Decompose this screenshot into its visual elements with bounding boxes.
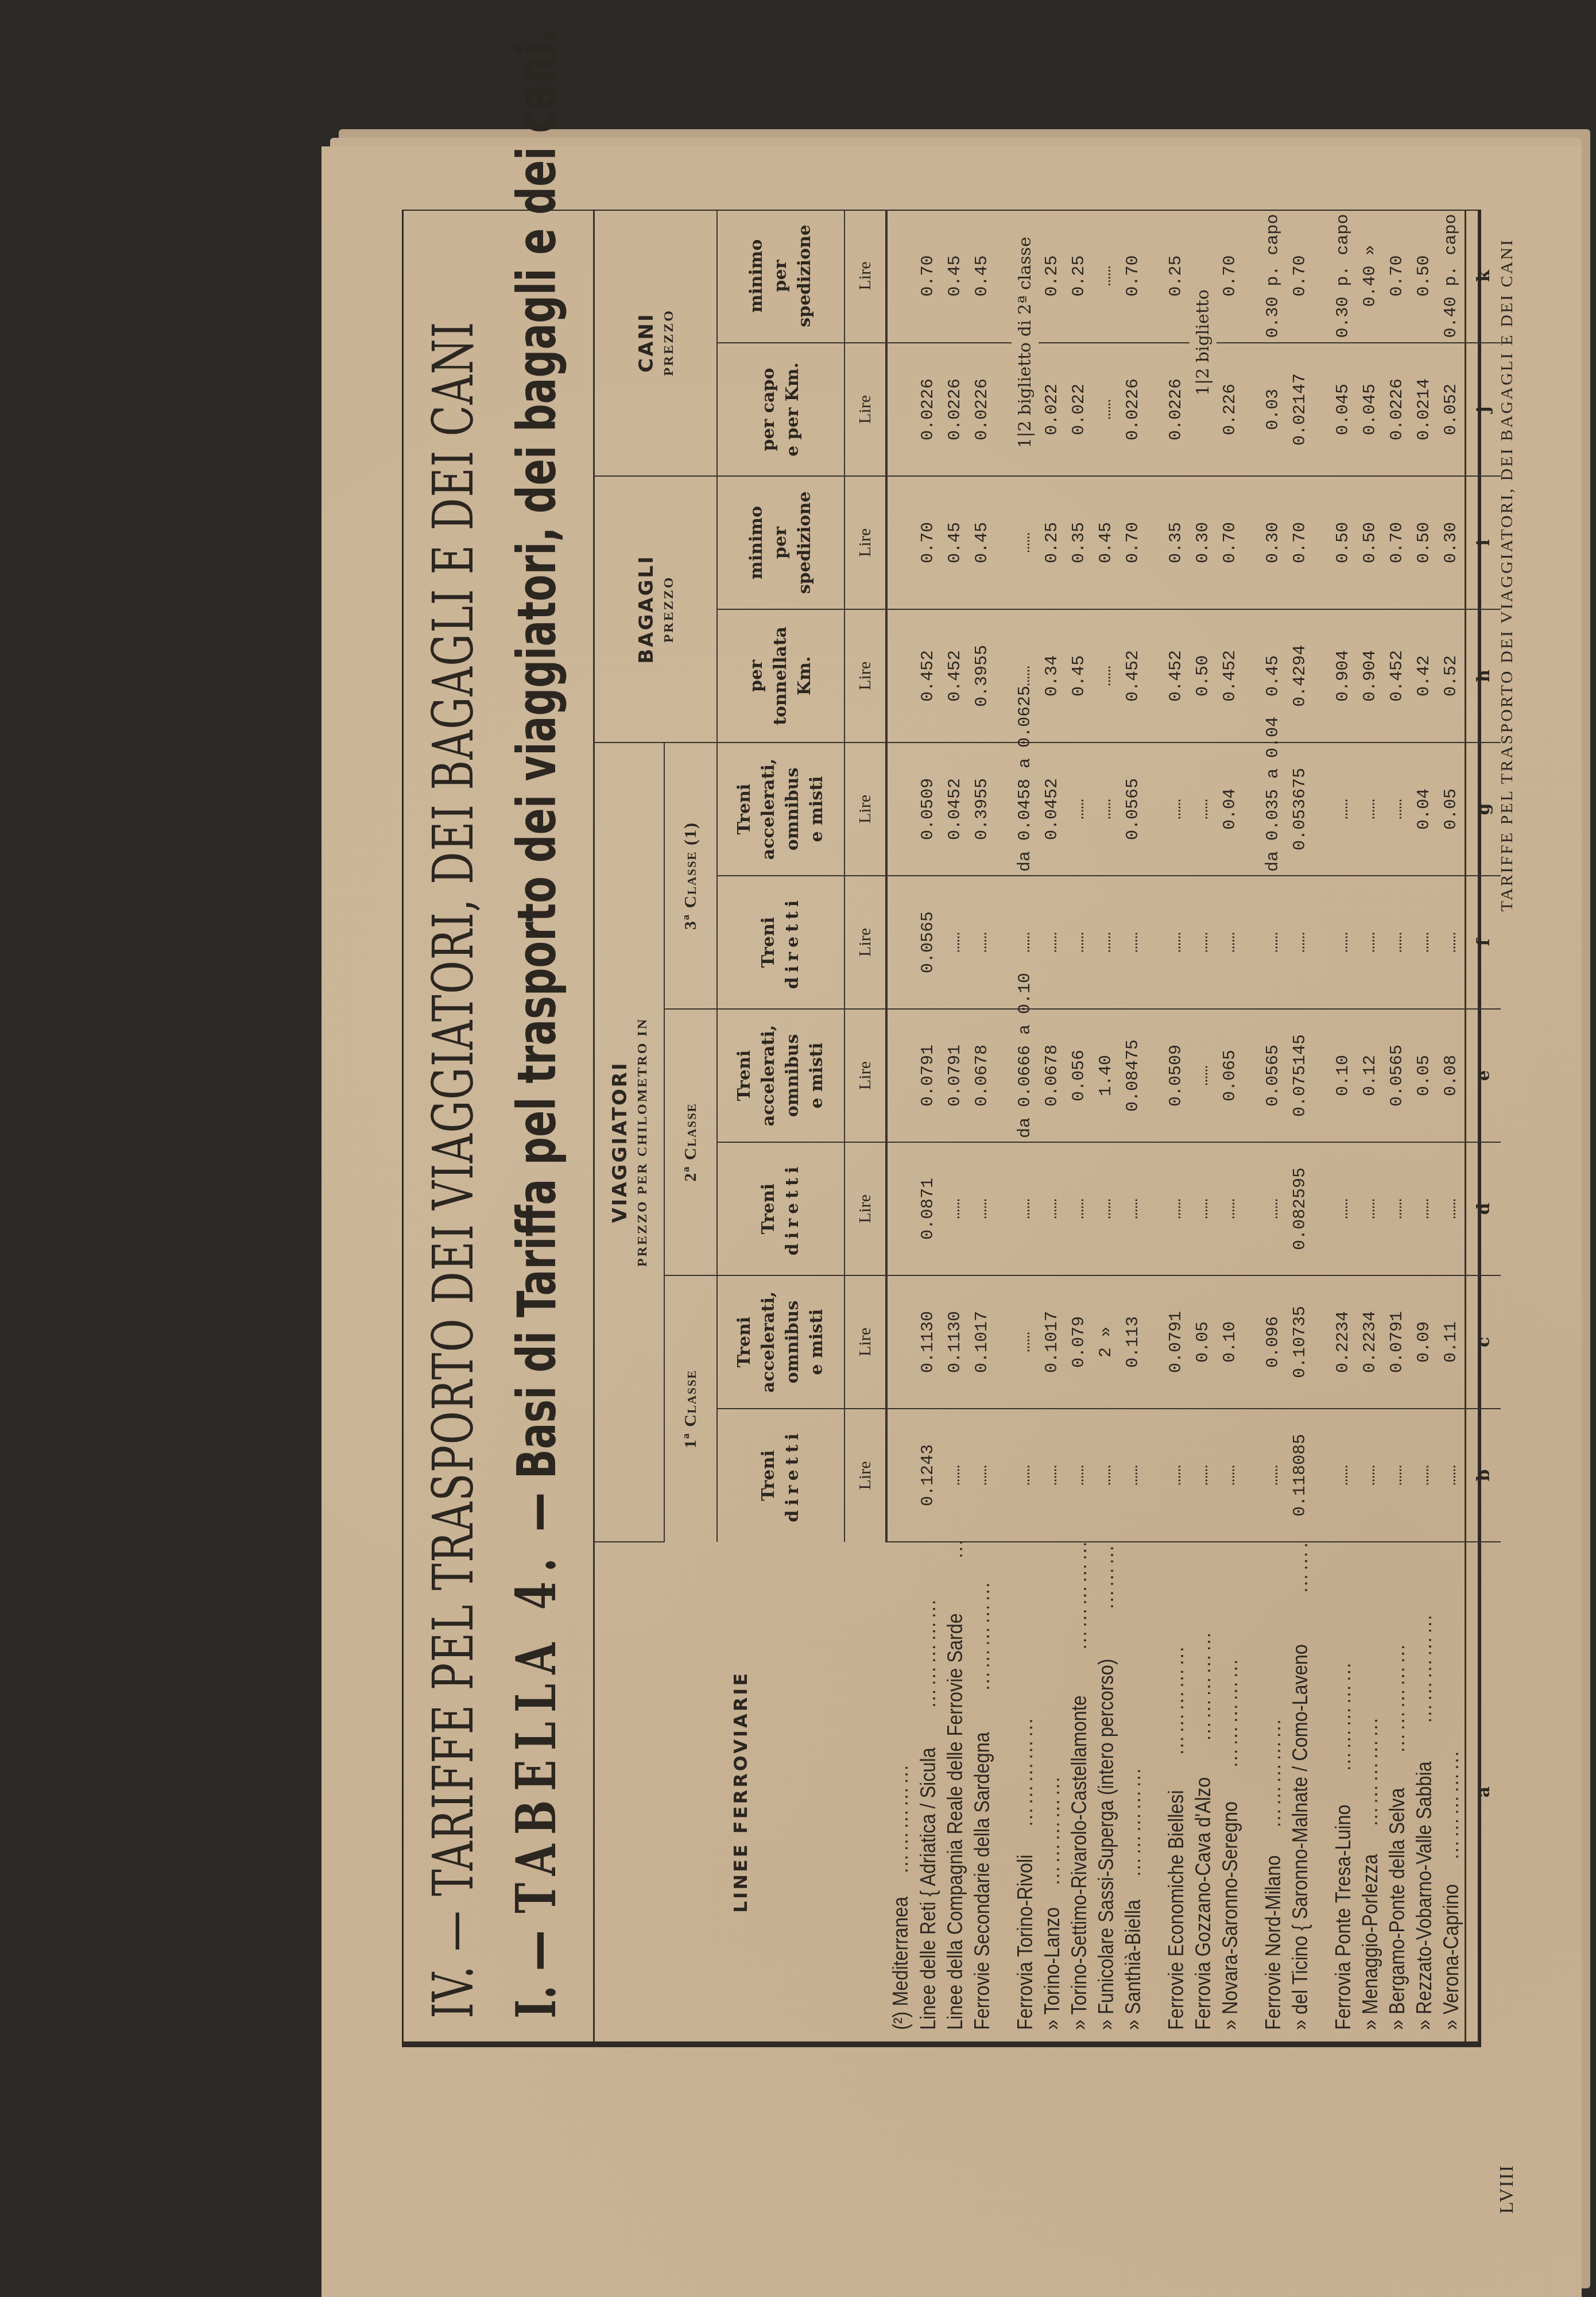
cell-1-accelerati: 0.1130 bbox=[942, 1275, 969, 1409]
cell-1-accelerati: 0.11 bbox=[1438, 1275, 1466, 1409]
unit-label: Lire bbox=[845, 1409, 886, 1542]
col-3-accelerati: Treniaccelerati,omnibuse misti bbox=[717, 743, 845, 876]
unit-label: Lire bbox=[845, 1142, 886, 1275]
cell-bagagli-tonnellata: 0.50 bbox=[1190, 609, 1217, 743]
table-row: (²) Mediterranea …………… bbox=[886, 210, 915, 2041]
cell-1-diretti: …… bbox=[942, 1409, 969, 1542]
cell-3-diretti: …… bbox=[1357, 876, 1384, 1009]
cell-3-accelerati: …… bbox=[1330, 743, 1357, 876]
cell-2-diretti: …… bbox=[1357, 1142, 1384, 1275]
cell-cani-capo: 1|2 biglietto di 2ª classe bbox=[1012, 210, 1039, 476]
cell-1-diretti: …… bbox=[1012, 1409, 1039, 1542]
cell-2-diretti: …… bbox=[1012, 1142, 1039, 1275]
cell-2-diretti: …… bbox=[969, 1142, 995, 1275]
cell-1-accelerati: 0.10735 bbox=[1287, 1275, 1314, 1409]
table-row: Linee delle Reti { Adriatica / Sicula ……… bbox=[915, 210, 942, 2041]
col-cani-minimo: minimoperspedizione bbox=[717, 210, 845, 343]
cell-3-diretti: …… bbox=[1287, 876, 1314, 1009]
cell-3-diretti: …… bbox=[942, 876, 969, 1009]
cell-3-accelerati: 0.0509 bbox=[915, 743, 942, 876]
cell-1-accelerati: 0.096 bbox=[1260, 1275, 1287, 1409]
cell-2-accelerati: 0.10 bbox=[1330, 1009, 1357, 1142]
table-row: » Torino-Settimo-Rivarolo-Castellamonte … bbox=[1066, 210, 1093, 2041]
table-row: » Funicolare Sassi-Superga (intero perco… bbox=[1093, 210, 1119, 2041]
cell-bagagli-tonnellata: 0.52 bbox=[1438, 609, 1466, 743]
cell-1-accelerati: 0.10 bbox=[1217, 1275, 1244, 1409]
bagagli-header: BAGAGLI PREZZO bbox=[594, 476, 718, 743]
book-page: LVIII TARIFFE PEL TRASPORTO DEI VIAGGIAT… bbox=[321, 146, 1582, 2297]
line-name: » Santhià-Biella …………… bbox=[1119, 1542, 1146, 2041]
line-name: » Torino-Lanzo …………… bbox=[1039, 1542, 1066, 2041]
table-row: Ferrovie Nord-Milano …………… …… 0.096 …… 0… bbox=[1260, 210, 1287, 2041]
cell-3-diretti: …… bbox=[969, 876, 995, 1009]
cell-cani-minimo: 0.70 bbox=[915, 210, 942, 343]
cell-2-diretti: …… bbox=[1438, 1142, 1466, 1275]
cell-1-diretti: 0.1243 bbox=[915, 1409, 942, 1542]
cell-cani-minimo: 0.25 bbox=[1039, 210, 1066, 343]
cell-bagagli-tonnellata: 0.34 bbox=[1039, 609, 1066, 743]
cell-bagagli-tonnellata: 0.904 bbox=[1330, 609, 1357, 743]
column-letter: k bbox=[1466, 210, 1501, 343]
line-name: (²) Mediterranea …………… bbox=[886, 1542, 915, 2041]
col-bagagli-tonnellata: pertonnellataKm. bbox=[717, 609, 845, 743]
column-letter: e bbox=[1466, 1009, 1501, 1142]
cell-cani-minimo: 0.45 bbox=[942, 210, 969, 343]
cell-bagagli-minimo: 0.30 bbox=[1438, 476, 1466, 609]
cell-bagagli-minimo: 0.30 bbox=[1190, 476, 1217, 609]
cell-3-diretti: …… bbox=[1066, 876, 1093, 1009]
cell-1-accelerati: 0.0791 bbox=[1384, 1275, 1411, 1409]
table-row: » Santhià-Biella …………… …… 0.113 …… 0.084… bbox=[1119, 210, 1146, 2041]
cell-3-accelerati: 0.0565 bbox=[1119, 743, 1146, 876]
cell-1-diretti: 0.118085 bbox=[1287, 1409, 1314, 1542]
titles: IV. — TARIFFE PEL TRASPORTO DEI VIAGGIAT… bbox=[421, 238, 568, 2018]
cell-3-diretti: …… bbox=[1411, 876, 1438, 1009]
cell-cani-minimo: 0.70 bbox=[1119, 210, 1146, 343]
cell-bagagli-minimo: 0.45 bbox=[1093, 476, 1119, 609]
cell-bagagli-minimo: …… bbox=[1012, 476, 1039, 609]
cell-cani-capo: …… bbox=[1093, 343, 1119, 476]
line-name: » Verona-Caprino …………… bbox=[1438, 1542, 1466, 2041]
rotated-page-content: LVIII TARIFFE PEL TRASPORTO DEI VIAGGIAT… bbox=[356, 192, 1562, 2237]
cell-2-diretti: …… bbox=[1330, 1142, 1357, 1275]
cell-3-accelerati: 0.04 bbox=[1217, 743, 1244, 876]
cell-1-accelerati: 0.113 bbox=[1119, 1275, 1146, 1409]
line-name: Ferrovia Gozzano-Cava d'Alzo …………… bbox=[1190, 1542, 1217, 2041]
cell-3-accelerati: …… bbox=[1066, 743, 1093, 876]
cell-bagagli-tonnellata: 0.42 bbox=[1411, 609, 1438, 743]
table-frame: IV. — TARIFFE PEL TRASPORTO DEI VIAGGIAT… bbox=[402, 210, 1481, 2047]
section-title: IV. — TARIFFE PEL TRASPORTO DEI VIAGGIAT… bbox=[421, 737, 486, 2018]
cell-1-diretti: …… bbox=[969, 1409, 995, 1542]
tariff-table: LINEE FERROVIARIE VIAGGIATORI PREZZO PER… bbox=[593, 210, 1501, 2041]
cell-cani-minimo: 0.70 bbox=[1384, 210, 1411, 343]
cell-cani-capo: 0.022 bbox=[1039, 343, 1066, 476]
cell-2-accelerati: 0.0565 bbox=[1260, 1009, 1287, 1142]
col-bagagli-minimo: minimoperspedizione bbox=[717, 476, 845, 609]
cell-2-diretti bbox=[886, 1142, 915, 1275]
cell-2-diretti: …… bbox=[1119, 1142, 1146, 1275]
column-letter: j bbox=[1466, 343, 1501, 476]
cell-2-accelerati: 0.05 bbox=[1411, 1009, 1438, 1142]
table-subtitle: — Basi di Tariffa pel trasporto dei viag… bbox=[506, 28, 568, 1532]
cell-3-accelerati bbox=[886, 743, 915, 876]
cell-1-diretti: …… bbox=[1163, 1409, 1190, 1542]
line-name: Linee delle Reti { Adriatica / Sicula ……… bbox=[915, 1542, 942, 2041]
cell-cani-minimo: 0.40 » bbox=[1357, 210, 1384, 343]
row-spacer bbox=[995, 210, 1012, 2041]
line-name: Ferrovie Secondarie della Sardegna …………… bbox=[969, 1542, 995, 2041]
class-3-header: 3ª Classe (1) bbox=[664, 743, 717, 1009]
cell-bagagli-minimo: 0.50 bbox=[1330, 476, 1357, 609]
cell-3-accelerati: 0.3955 bbox=[969, 743, 995, 876]
cell-2-diretti: …… bbox=[1093, 1142, 1119, 1275]
cell-3-accelerati: …… bbox=[1163, 743, 1190, 876]
cell-cani-capo: 0.0226 bbox=[1163, 343, 1190, 476]
cell-3-accelerati: 0.053675 bbox=[1287, 743, 1314, 876]
cell-1-accelerati: 0.05 bbox=[1190, 1275, 1217, 1409]
cell-2-accelerati: 0.08 bbox=[1438, 1009, 1466, 1142]
table-title: I. — TABELLA 4. — Basi di Tariffa pel tr… bbox=[503, 701, 568, 2018]
cell-cani-capo bbox=[886, 343, 915, 476]
cell-bagagli-minimo: 0.70 bbox=[1217, 476, 1244, 609]
row-spacer bbox=[1146, 210, 1163, 2041]
cell-3-diretti: …… bbox=[1438, 876, 1466, 1009]
cell-1-diretti: …… bbox=[1066, 1409, 1093, 1542]
column-letter: f bbox=[1466, 876, 1501, 1009]
cell-cani-capo: 0.052 bbox=[1438, 343, 1466, 476]
cell-2-accelerati: 0.0509 bbox=[1163, 1009, 1190, 1142]
cell-bagagli-tonnellata: 0.452 bbox=[942, 609, 969, 743]
cell-3-accelerati: 0.05 bbox=[1438, 743, 1466, 876]
cell-3-accelerati: 0.0452 bbox=[942, 743, 969, 876]
cani-header: CANI PREZZO bbox=[594, 210, 718, 476]
cell-2-diretti: 0.082595 bbox=[1287, 1142, 1314, 1275]
table-row: » Verona-Caprino …………… …… 0.11 …… 0.08 …… bbox=[1438, 210, 1466, 2041]
cell-2-diretti: …… bbox=[1190, 1142, 1217, 1275]
unit-label: Lire bbox=[845, 476, 886, 609]
cell-cani-minimo: 0.40 p. capo bbox=[1438, 210, 1466, 343]
cell-cani-minimo: 0.45 bbox=[969, 210, 995, 343]
cell-2-accelerati: …… bbox=[1190, 1009, 1217, 1142]
cell-3-accelerati: 0.04 bbox=[1411, 743, 1438, 876]
table-row: » Menaggio-Porlezza …………… …… 0.2234 …… 0… bbox=[1357, 210, 1384, 2041]
cell-3-accelerati: da 0.0458 a 0.0625 bbox=[1012, 743, 1039, 876]
table-row: Ferrovia Ponte Tresa-Luino …………… …… 0.22… bbox=[1330, 210, 1357, 2041]
cell-2-accelerati: 0.056 bbox=[1066, 1009, 1093, 1142]
cell-bagagli-tonnellata: 0.452 bbox=[1217, 609, 1244, 743]
line-name: Linee della Compagnia Reale delle Ferrov… bbox=[942, 1542, 969, 2041]
cell-1-diretti: …… bbox=[1039, 1409, 1066, 1542]
column-letter: c bbox=[1466, 1275, 1501, 1409]
cell-2-diretti: …… bbox=[1066, 1142, 1093, 1275]
cell-cani-capo: 0.03 bbox=[1260, 343, 1287, 476]
line-name: Ferrovia Ponte Tresa-Luino …………… bbox=[1330, 1542, 1357, 2041]
cell-bagagli-tonnellata: 0.452 bbox=[1163, 609, 1190, 743]
cell-2-diretti: 0.0871 bbox=[915, 1142, 942, 1275]
cell-cani-capo: 0.045 bbox=[1357, 343, 1384, 476]
cell-bagagli-minimo: 0.35 bbox=[1066, 476, 1093, 609]
column-letter: b bbox=[1466, 1409, 1501, 1542]
cell-bagagli-tonnellata: 0.3955 bbox=[969, 609, 995, 743]
cell-2-diretti: …… bbox=[1384, 1142, 1411, 1275]
cell-bagagli-tonnellata: 0.45 bbox=[1066, 609, 1093, 743]
cell-bagagli-minimo: 0.70 bbox=[1384, 476, 1411, 609]
cell-3-diretti: …… bbox=[1217, 876, 1244, 1009]
col-2-accelerati: Treniaccelerati,omnibuse misti bbox=[717, 1009, 845, 1142]
unit-label: Lire bbox=[845, 876, 886, 1009]
cell-cani-capo: 0.045 bbox=[1330, 343, 1357, 476]
cell-cani-minimo: 0.25 bbox=[1163, 210, 1190, 343]
col-cani-capo: per capoe per Km. bbox=[717, 343, 845, 476]
cell-cani-minimo: 0.70 bbox=[1287, 210, 1314, 343]
cell-3-diretti: …… bbox=[1330, 876, 1357, 1009]
line-name: » Rezzato-Vobarno-Valle Sabbia …………… bbox=[1411, 1542, 1438, 2041]
cell-1-accelerati: …… bbox=[1012, 1275, 1039, 1409]
cell-3-accelerati: da 0.035 a 0.04 bbox=[1260, 743, 1287, 876]
line-name: » Funicolare Sassi-Superga (intero perco… bbox=[1093, 1542, 1119, 2041]
cell-2-accelerati: 0.0791 bbox=[942, 1009, 969, 1142]
cell-cani-capo: 0.022 bbox=[1066, 343, 1093, 476]
table-row: Ferrovia Gozzano-Cava d'Alzo …………… …… 0.… bbox=[1190, 210, 1217, 2041]
cell-cani-minimo bbox=[886, 210, 915, 343]
cell-1-accelerati: 0.1130 bbox=[915, 1275, 942, 1409]
cell-2-diretti: …… bbox=[1163, 1142, 1190, 1275]
cell-3-diretti: …… bbox=[1163, 876, 1190, 1009]
cell-cani-capo: 0.0214 bbox=[1411, 343, 1438, 476]
unit-label: Lire bbox=[845, 609, 886, 743]
cell-bagagli-minimo: 0.50 bbox=[1411, 476, 1438, 609]
cell-cani-capo: 0.0226 bbox=[1384, 343, 1411, 476]
cell-cani-minimo: 0.70 bbox=[1217, 210, 1244, 343]
cell-bagagli-minimo: 0.50 bbox=[1357, 476, 1384, 609]
line-name: » Bergamo-Ponte della Selva …………… bbox=[1384, 1542, 1411, 2041]
cell-bagagli-minimo: 0.45 bbox=[942, 476, 969, 609]
cell-2-accelerati: 0.0565 bbox=[1384, 1009, 1411, 1142]
cell-cani-minimo: 0.25 bbox=[1066, 210, 1093, 343]
table-row: Ferrovie Economiche Biellesi …………… …… 0.… bbox=[1163, 210, 1190, 2041]
line-name: Ferrovie Nord-Milano …………… bbox=[1260, 1542, 1287, 2041]
unit-label: Lire bbox=[845, 210, 886, 343]
cell-2-diretti: …… bbox=[1260, 1142, 1287, 1275]
cell-2-diretti: …… bbox=[942, 1142, 969, 1275]
cell-bagagli-tonnellata: 0.452 bbox=[1384, 609, 1411, 743]
cell-bagagli-tonnellata: 0.452 bbox=[1119, 609, 1146, 743]
column-letter: i bbox=[1466, 476, 1501, 609]
viaggiatori-header: VIAGGIATORI PREZZO PER CHILOMETRO IN bbox=[594, 743, 665, 1542]
cell-3-accelerati: …… bbox=[1357, 743, 1384, 876]
cell-2-accelerati: 0.0678 bbox=[969, 1009, 995, 1142]
cell-bagagli-minimo bbox=[886, 476, 915, 609]
cell-3-diretti: 0.0565 bbox=[915, 876, 942, 1009]
cell-1-diretti: …… bbox=[1119, 1409, 1146, 1542]
cell-2-accelerati: 0.0791 bbox=[915, 1009, 942, 1142]
cell-cani-capo: 0.02147 bbox=[1287, 343, 1314, 476]
cell-cani-minimo: 0.30 p. capo bbox=[1330, 210, 1357, 343]
table-label: TABELLA 4. bbox=[503, 1549, 568, 1913]
cell-bagagli-minimo: 0.25 bbox=[1039, 476, 1066, 609]
row-spacer bbox=[1244, 210, 1260, 2041]
column-letters-row: abcdefghijk bbox=[1466, 210, 1501, 2041]
table-row: Ferrovia Torino-Rivoli …………… …… …… …… da… bbox=[1012, 210, 1039, 2041]
col-2-diretti: Trenidiretti bbox=[717, 1142, 845, 1275]
cell-3-diretti: …… bbox=[1093, 876, 1119, 1009]
cell-cani-capo: 0.226 bbox=[1217, 343, 1244, 476]
cell-bagagli-tonnellata: 0.4294 bbox=[1287, 609, 1314, 743]
cell-1-diretti: …… bbox=[1190, 1409, 1217, 1542]
cell-1-diretti: …… bbox=[1357, 1409, 1384, 1542]
cell-1-accelerati bbox=[886, 1275, 915, 1409]
cell-cani-capo: 0.0226 bbox=[969, 343, 995, 476]
cell-3-diretti: …… bbox=[1039, 876, 1066, 1009]
unit-label: Lire bbox=[845, 343, 886, 476]
cell-1-accelerati: 0.2234 bbox=[1330, 1275, 1357, 1409]
lines-header: LINEE FERROVIARIE bbox=[594, 1542, 887, 2041]
table-row: » Bergamo-Ponte della Selva …………… …… 0.0… bbox=[1384, 210, 1411, 2041]
cell-1-diretti bbox=[886, 1409, 915, 1542]
row-spacer bbox=[1314, 210, 1330, 2041]
class-2-header: 2ª Classe bbox=[664, 1009, 717, 1275]
line-name: Ferrovia Torino-Rivoli …………… bbox=[1012, 1542, 1039, 2041]
cell-1-diretti: …… bbox=[1438, 1409, 1466, 1542]
cell-bagagli-minimo: 0.35 bbox=[1163, 476, 1190, 609]
cell-1-diretti: …… bbox=[1330, 1409, 1357, 1542]
cell-bagagli-minimo: 0.70 bbox=[1287, 476, 1314, 609]
cell-3-accelerati: …… bbox=[1093, 743, 1119, 876]
cell-3-diretti: …… bbox=[1384, 876, 1411, 1009]
cell-1-accelerati: 0.2234 bbox=[1357, 1275, 1384, 1409]
table-row: » Torino-Lanzo …………… …… 0.1017 …… 0.0678… bbox=[1039, 210, 1066, 2041]
cell-cani-minimo: 0.50 bbox=[1411, 210, 1438, 343]
column-letter: d bbox=[1466, 1142, 1501, 1275]
line-name: » Torino-Settimo-Rivarolo-Castellamonte … bbox=[1066, 1542, 1093, 2041]
cell-bagagli-tonnellata: 0.904 bbox=[1357, 609, 1384, 743]
table-row: » del Ticino { Saronno-Malnate / Como-La… bbox=[1287, 210, 1314, 2041]
line-name: » del Ticino { Saronno-Malnate / Como-La… bbox=[1287, 1542, 1314, 2041]
table-body: (²) Mediterranea …………… Linee delle Reti … bbox=[886, 210, 1501, 2041]
unit-label: Lire bbox=[845, 1275, 886, 1409]
cell-1-diretti: …… bbox=[1260, 1409, 1287, 1542]
table-row: Ferrovie Secondarie della Sardegna ……………… bbox=[969, 210, 995, 2041]
cell-1-accelerati: 0.1017 bbox=[969, 1275, 995, 1409]
cell-1-accelerati: 0.079 bbox=[1066, 1275, 1093, 1409]
cell-3-accelerati: 0.0452 bbox=[1039, 743, 1066, 876]
col-1-accelerati: Treniaccelerati,omnibuse misti bbox=[717, 1275, 845, 1409]
cell-bagagli-minimo: 0.70 bbox=[915, 476, 942, 609]
column-letter: h bbox=[1466, 609, 1501, 743]
cell-cani-capo: 0.0226 bbox=[1119, 343, 1146, 476]
cell-3-diretti bbox=[886, 876, 915, 1009]
cell-1-diretti: …… bbox=[1217, 1409, 1244, 1542]
cell-cani-minimo: …… bbox=[1093, 210, 1119, 343]
unit-label: Lire bbox=[845, 743, 886, 876]
cell-2-accelerati: 0.12 bbox=[1357, 1009, 1384, 1142]
cell-bagagli-minimo: 0.70 bbox=[1119, 476, 1146, 609]
table-row: » Rezzato-Vobarno-Valle Sabbia …………… …… … bbox=[1411, 210, 1438, 2041]
cell-1-accelerati: 0.09 bbox=[1411, 1275, 1438, 1409]
cell-bagagli-tonnellata bbox=[886, 609, 915, 743]
line-name: Ferrovie Economiche Biellesi …………… bbox=[1163, 1542, 1190, 2041]
tariff-table-wrap: LINEE FERROVIARIE VIAGGIATORI PREZZO PER… bbox=[593, 210, 1501, 2041]
cell-bagagli-tonnellata: …… bbox=[1093, 609, 1119, 743]
line-name: » Novara-Saronno-Seregno …………… bbox=[1217, 1542, 1244, 2041]
cell-1-diretti: …… bbox=[1093, 1409, 1119, 1542]
cell-2-diretti: …… bbox=[1039, 1142, 1066, 1275]
cell-2-accelerati: 0.075145 bbox=[1287, 1009, 1314, 1142]
cell-cani-minimo: 0.30 p. capo bbox=[1260, 210, 1287, 343]
cell-1-accelerati: 0.1017 bbox=[1039, 1275, 1066, 1409]
cell-3-diretti: …… bbox=[1119, 876, 1146, 1009]
cell-bagagli-minimo: 0.30 bbox=[1260, 476, 1287, 609]
cell-1-diretti: …… bbox=[1411, 1409, 1438, 1542]
class-1-header: 1ª Classe bbox=[664, 1275, 717, 1542]
col-3-diretti: Trenidiretti bbox=[717, 876, 845, 1009]
cell-3-accelerati: …… bbox=[1190, 743, 1217, 876]
cell-3-diretti: …… bbox=[1190, 876, 1217, 1009]
cell-cani-capo: 0.0226 bbox=[915, 343, 942, 476]
cell-cani-capo: 0.0226 bbox=[942, 343, 969, 476]
table-number: I. — bbox=[503, 1930, 568, 2018]
cell-cani-capo: 1|2 biglietto bbox=[1190, 210, 1217, 476]
cell-2-accelerati bbox=[886, 1009, 915, 1142]
cell-1-diretti: …… bbox=[1384, 1409, 1411, 1542]
cell-2-accelerati: 0.08475 bbox=[1119, 1009, 1146, 1142]
cell-bagagli-tonnellata: 0.452 bbox=[915, 609, 942, 743]
cell-2-accelerati: 1.40 bbox=[1093, 1009, 1119, 1142]
page-number: LVIII bbox=[1496, 2041, 1518, 2214]
table-row: Linee della Compagnia Reale delle Ferrov… bbox=[942, 210, 969, 2041]
line-name: » Menaggio-Porlezza …………… bbox=[1357, 1542, 1384, 2041]
cell-2-accelerati: 0.0678 bbox=[1039, 1009, 1066, 1142]
column-letter: g bbox=[1466, 743, 1501, 876]
cell-2-diretti: …… bbox=[1411, 1142, 1438, 1275]
unit-label: Lire bbox=[845, 1009, 886, 1142]
cell-1-accelerati: 0.0791 bbox=[1163, 1275, 1190, 1409]
cell-2-accelerati: 0.065 bbox=[1217, 1009, 1244, 1142]
cell-2-accelerati: da 0.0666 a 0.10 bbox=[1012, 1009, 1039, 1142]
cell-2-diretti: …… bbox=[1217, 1142, 1244, 1275]
cell-3-accelerati: …… bbox=[1384, 743, 1411, 876]
cell-3-diretti: …… bbox=[1260, 876, 1287, 1009]
cell-bagagli-minimo: 0.45 bbox=[969, 476, 995, 609]
col-1-diretti: Trenidiretti bbox=[717, 1409, 845, 1542]
column-letter: a bbox=[1466, 1542, 1501, 2041]
cell-1-accelerati: 2 » bbox=[1093, 1275, 1119, 1409]
table-row: » Novara-Saronno-Seregno …………… …… 0.10 …… bbox=[1217, 210, 1244, 2041]
